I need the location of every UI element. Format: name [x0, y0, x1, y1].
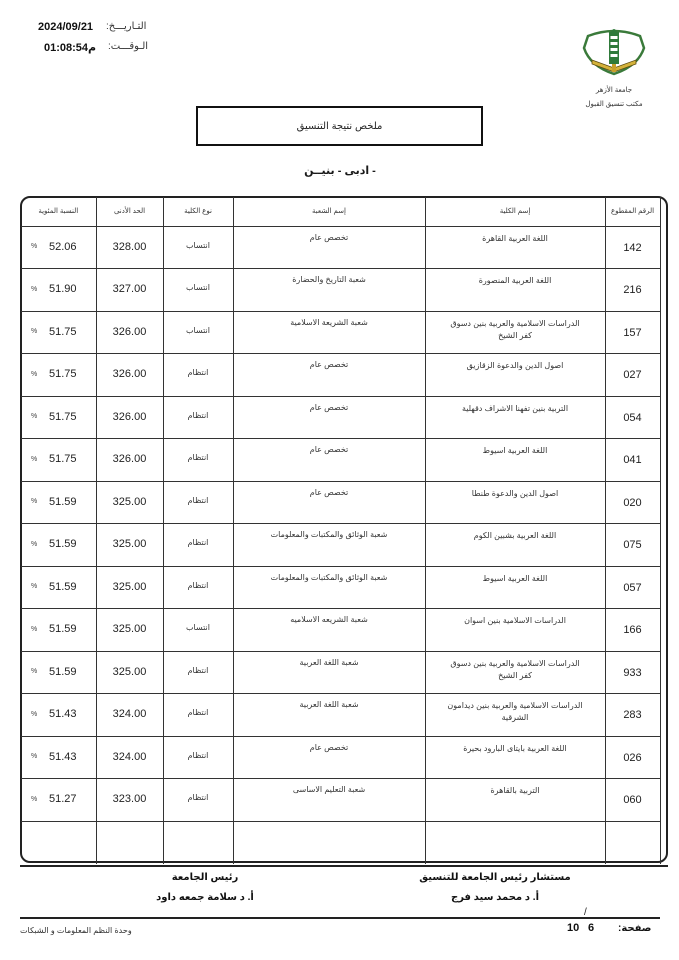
- table-row: %51.59325.00انتظامشعبة الوثائق والمكتبات…: [21, 524, 660, 567]
- header-faculty: إسم الكلية: [425, 197, 605, 226]
- type-cell: انتظام: [163, 566, 233, 609]
- header-code: الرقم المقطوع: [605, 197, 660, 226]
- min-score-value: 325.00: [97, 567, 163, 593]
- percentage-cell: %51.75: [21, 439, 96, 482]
- percentage-cell: %51.27: [21, 779, 96, 822]
- percentage-value: 51.59: [49, 538, 77, 550]
- footer-unit-name: وحدة النظم المعلومات و الشبكات: [20, 926, 132, 935]
- division-value: شعبة الشريعة الاسلامية: [234, 312, 425, 327]
- percentage-cell: %51.59: [21, 566, 96, 609]
- type-cell: انتظام: [163, 481, 233, 524]
- type-cell: انتظام: [163, 736, 233, 779]
- type-value: انتساب: [164, 269, 233, 292]
- min-score-cell: 327.00: [96, 269, 163, 312]
- faculty-cell: الدراسات الاسلامية والعربية بنين ديدامون…: [425, 694, 605, 737]
- code-value: 020: [606, 482, 660, 509]
- division-cell: شعبة التاريخ والحضارة: [233, 269, 425, 312]
- percent-sign: %: [31, 243, 49, 250]
- min-score-value: 325.00: [97, 652, 163, 678]
- type-value: انتظام: [164, 694, 233, 717]
- percentage-cell: %51.59: [21, 524, 96, 567]
- table-row: %51.27323.00انتظامشعبة التعليم الاساسىال…: [21, 779, 660, 822]
- azhar-university-emblem-icon: [578, 22, 650, 82]
- percentage-value: 51.59: [49, 623, 77, 635]
- faculty-value: اللغة العربية اسيوط: [426, 439, 605, 457]
- type-cell: انتظام: [163, 354, 233, 397]
- office-name: مكتب تنسيق القبول: [574, 100, 654, 108]
- table-row: %51.75326.00انتظامتخصص عاماللغة العربية …: [21, 439, 660, 482]
- division-value: تخصص عام: [234, 227, 425, 242]
- division-value: شعبة الشريعه الاسلاميه: [234, 609, 425, 624]
- min-score-cell: 328.00: [96, 226, 163, 269]
- min-score-value: 325.00: [97, 482, 163, 508]
- table-row: %51.75326.00انتظامتخصص عاماصول الدين وال…: [21, 354, 660, 397]
- min-score-cell: 326.00: [96, 396, 163, 439]
- min-score-cell: 325.00: [96, 481, 163, 524]
- division-cell: شعبة الوثائق والمكتبات والمعلومات: [233, 566, 425, 609]
- division-value: تخصص عام: [234, 397, 425, 412]
- faculty-cell: اللغة العربية القاهرة: [425, 226, 605, 269]
- faculty-value: الدراسات الاسلامية والعربية بنين دسوق كف…: [426, 312, 605, 342]
- percentage-value: 51.43: [49, 708, 77, 720]
- min-score-cell: 323.00: [96, 779, 163, 822]
- percentage-cell: %51.43: [21, 694, 96, 737]
- faculty-value: التربية بنين تفهنا الاشراف دقهلية: [426, 397, 605, 415]
- page-current: 6: [588, 922, 594, 934]
- faculty-value: اللغة العربية بشبين الكوم: [426, 524, 605, 542]
- page-label: صفحة:: [618, 923, 651, 934]
- division-cell: شعبة الشريعة الاسلامية: [233, 311, 425, 354]
- percent-sign: %: [31, 796, 49, 803]
- division-cell: شعبة اللغة العربية: [233, 651, 425, 694]
- type-cell: انتظام: [163, 439, 233, 482]
- type-value: انتساب: [164, 609, 233, 632]
- code-cell: 060: [605, 779, 660, 822]
- min-score-value: 324.00: [97, 694, 163, 720]
- faculty-cell: اللغة العربية اسيوط: [425, 439, 605, 482]
- faculty-cell: الدراسات الاسلامية والعربية بنين دسوق كف…: [425, 311, 605, 354]
- division-cell: تخصص عام: [233, 226, 425, 269]
- division-cell: تخصص عام: [233, 481, 425, 524]
- right-signatory-name: أ. د محمد سيد فرج: [410, 892, 580, 903]
- division-cell: تخصص عام: [233, 736, 425, 779]
- faculty-cell: اللغة العربية بايتاى البارود بحيرة: [425, 736, 605, 779]
- percentage-cell: %51.90: [21, 269, 96, 312]
- division-cell: شعبة اللغة العربية: [233, 694, 425, 737]
- division-cell: تخصص عام: [233, 354, 425, 397]
- division-cell: شعبة التعليم الاساسى: [233, 779, 425, 822]
- division-cell: شعبة الوثائق والمكتبات والمعلومات: [233, 524, 425, 567]
- code-value: 142: [606, 227, 660, 254]
- percentage-cell: %51.59: [21, 481, 96, 524]
- code-cell: 020: [605, 481, 660, 524]
- type-value: انتظام: [164, 354, 233, 377]
- percent-sign: %: [31, 328, 49, 335]
- division-cell: تخصص عام: [233, 396, 425, 439]
- faculty-cell: الدراسات الاسلامية والعربية بنين دسوق كف…: [425, 651, 605, 694]
- results-table: النسبة المئوية الحد الأدنى نوع الكلية إس…: [21, 197, 661, 864]
- percentage-value: 51.43: [49, 751, 77, 763]
- code-cell: 054: [605, 396, 660, 439]
- type-cell: انتساب: [163, 609, 233, 652]
- division-value: تخصص عام: [234, 482, 425, 497]
- min-score-cell: 324.00: [96, 694, 163, 737]
- faculty-cell: التربية بنين تفهنا الاشراف دقهلية: [425, 396, 605, 439]
- code-value: 933: [606, 652, 660, 679]
- division-cell: تخصص عام: [233, 439, 425, 482]
- min-score-cell: 325.00: [96, 651, 163, 694]
- type-value: انتظام: [164, 567, 233, 590]
- percent-sign: %: [31, 541, 49, 548]
- min-score-cell: 325.00: [96, 609, 163, 652]
- faculty-value: التربية بالقاهرة: [426, 779, 605, 797]
- code-value: 041: [606, 439, 660, 466]
- type-value: انتظام: [164, 482, 233, 505]
- type-value: انتساب: [164, 227, 233, 250]
- percentage-value: 51.59: [49, 666, 77, 678]
- percentage-cell: %52.06: [21, 226, 96, 269]
- percentage-cell: %51.75: [21, 311, 96, 354]
- percentage-value: 51.90: [49, 283, 77, 295]
- faculty-value: الدراسات الاسلامية والعربية بنين ديدامون…: [426, 694, 605, 724]
- type-cell: انتظام: [163, 524, 233, 567]
- code-value: 216: [606, 269, 660, 296]
- code-value: 026: [606, 737, 660, 764]
- min-score-value: 324.00: [97, 737, 163, 763]
- percentage-value: 51.59: [49, 581, 77, 593]
- faculty-value: اللغة العربية القاهرة: [426, 227, 605, 245]
- type-cell: انتساب: [163, 226, 233, 269]
- percentage-value: 51.59: [49, 496, 77, 508]
- code-value: 166: [606, 609, 660, 636]
- percentage-cell: %51.75: [21, 354, 96, 397]
- code-cell: 157: [605, 311, 660, 354]
- type-cell: انتظام: [163, 779, 233, 822]
- header-type: نوع الكلية: [163, 197, 233, 226]
- code-cell: 166: [605, 609, 660, 652]
- percent-sign: %: [31, 371, 49, 378]
- table-row: %51.75326.00انتظامتخصص عامالتربية بنين ت…: [21, 396, 660, 439]
- code-value: 283: [606, 694, 660, 721]
- faculty-value: اصول الدين والدعوة الزقازيق: [426, 354, 605, 372]
- faculty-cell: اللغة العربية بشبين الكوم: [425, 524, 605, 567]
- percentage-value: 52.06: [49, 241, 77, 253]
- percent-sign: %: [31, 413, 49, 420]
- table-row: %51.43324.00انتظامتخصص عاماللغة العربية …: [21, 736, 660, 779]
- division-value: شعبة التعليم الاساسى: [234, 779, 425, 794]
- code-cell: 057: [605, 566, 660, 609]
- type-value: انتظام: [164, 439, 233, 462]
- faculty-cell: اللغة العربية المنصورة: [425, 269, 605, 312]
- code-cell: 142: [605, 226, 660, 269]
- faculty-cell: اللغة العربية اسيوط: [425, 566, 605, 609]
- faculty-value: اللغة العربية المنصورة: [426, 269, 605, 287]
- percentage-cell: %51.75: [21, 396, 96, 439]
- code-cell: 075: [605, 524, 660, 567]
- date-label: التـاريـــخ:: [106, 21, 146, 32]
- percentage-value: 51.75: [49, 368, 77, 380]
- type-value: انتظام: [164, 524, 233, 547]
- signature-divider: [20, 865, 668, 867]
- faculty-value: الدراسات الاسلامية بنين اسوان: [426, 609, 605, 627]
- institution-name: جامعة الأزهر: [574, 86, 654, 94]
- code-cell: 027: [605, 354, 660, 397]
- min-score-cell: 326.00: [96, 311, 163, 354]
- percentage-cell: %51.59: [21, 609, 96, 652]
- type-cell: انتظام: [163, 694, 233, 737]
- date-value: 2024/09/21: [38, 21, 93, 33]
- empty-row: [21, 821, 660, 864]
- code-value: 054: [606, 397, 660, 424]
- faculty-value: اللغة العربية اسيوط: [426, 567, 605, 585]
- division-value: شعبة التاريخ والحضارة: [234, 269, 425, 284]
- code-cell: 283: [605, 694, 660, 737]
- footer-divider: [20, 917, 660, 919]
- header-min-score: الحد الأدنى: [96, 197, 163, 226]
- division-value: شعبة اللغة العربية: [234, 652, 425, 667]
- faculty-value: اصول الدين والدعوة طنطا: [426, 482, 605, 500]
- left-signatory-title: رئيس الجامعة: [130, 872, 280, 883]
- min-score-value: 326.00: [97, 312, 163, 338]
- table-header-row: النسبة المئوية الحد الأدنى نوع الكلية إس…: [21, 197, 660, 226]
- table-row: %51.59325.00انتظامشعبة اللغة العربيةالدر…: [21, 651, 660, 694]
- report-title-box: ملخص نتيجة التنسيق: [196, 106, 483, 146]
- min-score-cell: 326.00: [96, 439, 163, 482]
- type-value: انتظام: [164, 779, 233, 802]
- type-value: انتظام: [164, 737, 233, 760]
- faculty-cell: اصول الدين والدعوة طنطا: [425, 481, 605, 524]
- code-value: 075: [606, 524, 660, 551]
- division-value: شعبة اللغة العربية: [234, 694, 425, 709]
- division-value: تخصص عام: [234, 737, 425, 752]
- code-cell: 041: [605, 439, 660, 482]
- report-title: ملخص نتيجة التنسيق: [297, 121, 383, 132]
- type-value: انتظام: [164, 652, 233, 675]
- percentage-value: 51.75: [49, 411, 77, 423]
- percentage-value: 51.75: [49, 453, 77, 465]
- left-signatory-name: أ. د سلامة جمعه داود: [130, 892, 280, 903]
- code-value: 027: [606, 354, 660, 381]
- code-value: 157: [606, 312, 660, 339]
- division-value: شعبة الوثائق والمكتبات والمعلومات: [234, 567, 425, 582]
- min-score-value: 325.00: [97, 609, 163, 635]
- percent-sign: %: [31, 286, 49, 293]
- faculty-cell: اصول الدين والدعوة الزقازيق: [425, 354, 605, 397]
- percent-sign: %: [31, 753, 49, 760]
- time-label: الـوقـــت:: [108, 41, 148, 52]
- percentage-value: 51.27: [49, 793, 77, 805]
- table-row: %51.90327.00انتسابشعبة التاريخ والحضارةا…: [21, 269, 660, 312]
- percentage-cell: %51.43: [21, 736, 96, 779]
- min-score-value: 327.00: [97, 269, 163, 295]
- percentage-value: 51.75: [49, 326, 77, 338]
- code-value: 060: [606, 779, 660, 806]
- time-value: 01:08:54م: [44, 41, 96, 54]
- percent-sign: %: [31, 583, 49, 590]
- code-cell: 026: [605, 736, 660, 779]
- type-cell: انتظام: [163, 651, 233, 694]
- min-score-cell: 325.00: [96, 524, 163, 567]
- code-cell: 933: [605, 651, 660, 694]
- code-cell: 216: [605, 269, 660, 312]
- min-score-value: 328.00: [97, 227, 163, 253]
- division-cell: شعبة الشريعه الاسلاميه: [233, 609, 425, 652]
- min-score-value: 326.00: [97, 439, 163, 465]
- division-value: تخصص عام: [234, 439, 425, 454]
- min-score-cell: 326.00: [96, 354, 163, 397]
- code-value: 057: [606, 567, 660, 594]
- min-score-value: 325.00: [97, 524, 163, 550]
- header-percentage: النسبة المئوية: [21, 197, 96, 226]
- faculty-cell: التربية بالقاهرة: [425, 779, 605, 822]
- type-value: انتظام: [164, 397, 233, 420]
- type-cell: انتساب: [163, 311, 233, 354]
- faculty-value: اللغة العربية بايتاى البارود بحيرة: [426, 737, 605, 755]
- table-row: %51.75326.00انتسابشعبة الشريعة الاسلامية…: [21, 311, 660, 354]
- min-score-cell: 325.00: [96, 566, 163, 609]
- table-row: %51.43324.00انتظامشعبة اللغة العربيةالدر…: [21, 694, 660, 737]
- percent-sign: %: [31, 456, 49, 463]
- percent-sign: %: [31, 626, 49, 633]
- header-division: إسم الشعبة: [233, 197, 425, 226]
- table-row: %51.59325.00انتظامشعبة الوثائق والمكتبات…: [21, 566, 660, 609]
- percentage-cell: %51.59: [21, 651, 96, 694]
- report-subtitle: - ادبى - بنيــن: [240, 164, 440, 177]
- percent-sign: %: [31, 711, 49, 718]
- faculty-value: الدراسات الاسلامية والعربية بنين دسوق كف…: [426, 652, 605, 682]
- division-value: شعبة الوثائق والمكتبات والمعلومات: [234, 524, 425, 539]
- table-row: %52.06328.00انتسابتخصص عاماللغة العربية …: [21, 226, 660, 269]
- right-signatory-title: مستشار رئيس الجامعة للتنسيق: [400, 872, 590, 883]
- min-score-value: 326.00: [97, 397, 163, 423]
- type-cell: انتساب: [163, 269, 233, 312]
- percent-sign: %: [31, 668, 49, 675]
- min-score-cell: 324.00: [96, 736, 163, 779]
- table-row: %51.59325.00انتظامتخصص عاماصول الدين وال…: [21, 481, 660, 524]
- page-total: 10: [567, 922, 579, 934]
- faculty-cell: الدراسات الاسلامية بنين اسوان: [425, 609, 605, 652]
- page-separator: /: [584, 907, 587, 918]
- type-cell: انتظام: [163, 396, 233, 439]
- division-value: تخصص عام: [234, 354, 425, 369]
- percent-sign: %: [31, 498, 49, 505]
- table-row: %51.59325.00انتسابشعبة الشريعه الاسلاميه…: [21, 609, 660, 652]
- min-score-value: 323.00: [97, 779, 163, 805]
- type-value: انتساب: [164, 312, 233, 335]
- min-score-value: 326.00: [97, 354, 163, 380]
